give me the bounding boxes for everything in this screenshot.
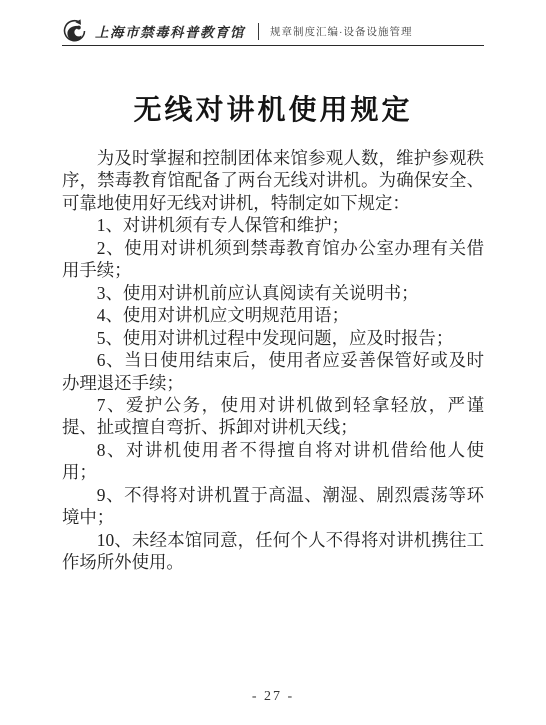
rule-item-8: 8、对讲机使用者不得擅自将对讲机借给他人使用； <box>62 439 484 484</box>
header-section-label: 规章制度汇编·设备设施管理 <box>270 24 413 39</box>
rule-item-4: 4、使用对讲机应文明规范用语； <box>62 304 484 326</box>
rule-item-10: 10、未经本馆同意，任何个人不得将对讲机携往工作场所外使用。 <box>62 529 484 574</box>
org-name: 上海市禁毒科普教育馆 <box>95 21 245 41</box>
page-header: 上海市禁毒科普教育馆 规章制度汇编·设备设施管理 <box>62 17 484 45</box>
header-rule <box>62 45 484 46</box>
intro-paragraph: 为及时掌握和控制团体来馆参观人数，维护参观秩序，禁毒教育馆配备了两台无线对讲机。… <box>62 147 484 214</box>
rule-item-5: 5、使用对讲机过程中发现问题，应及时报告； <box>62 327 484 349</box>
page-number: - 27 - <box>252 689 294 704</box>
rule-item-3: 3、使用对讲机前应认真阅读有关说明书； <box>62 282 484 304</box>
rule-item-2: 2、使用对讲机须到禁毒教育馆办公室办理有关借用手续； <box>62 237 484 282</box>
page-footer: - 27 - <box>0 689 546 705</box>
rule-item-1: 1、对讲机须有专人保管和维护； <box>62 214 484 236</box>
rule-item-9: 9、不得将对讲机置于高温、潮湿、剧烈震荡等环境中； <box>62 484 484 529</box>
rule-item-6: 6、当日使用结束后，使用者应妥善保管好或及时办理退还手续； <box>62 349 484 394</box>
header-divider <box>258 23 259 40</box>
museum-logo-icon <box>62 19 87 44</box>
document-body: 为及时掌握和控制团体来馆参观人数，维护参观秩序，禁毒教育馆配备了两台无线对讲机。… <box>62 147 484 574</box>
rule-item-7: 7、爱护公务，使用对讲机做到轻拿轻放，严谨提、扯或擅自弯折、拆卸对讲机天线； <box>62 394 484 439</box>
page-title: 无线对讲机使用规定 <box>0 88 546 128</box>
document-page: 上海市禁毒科普教育馆 规章制度汇编·设备设施管理 无线对讲机使用规定 为及时掌握… <box>0 0 546 725</box>
